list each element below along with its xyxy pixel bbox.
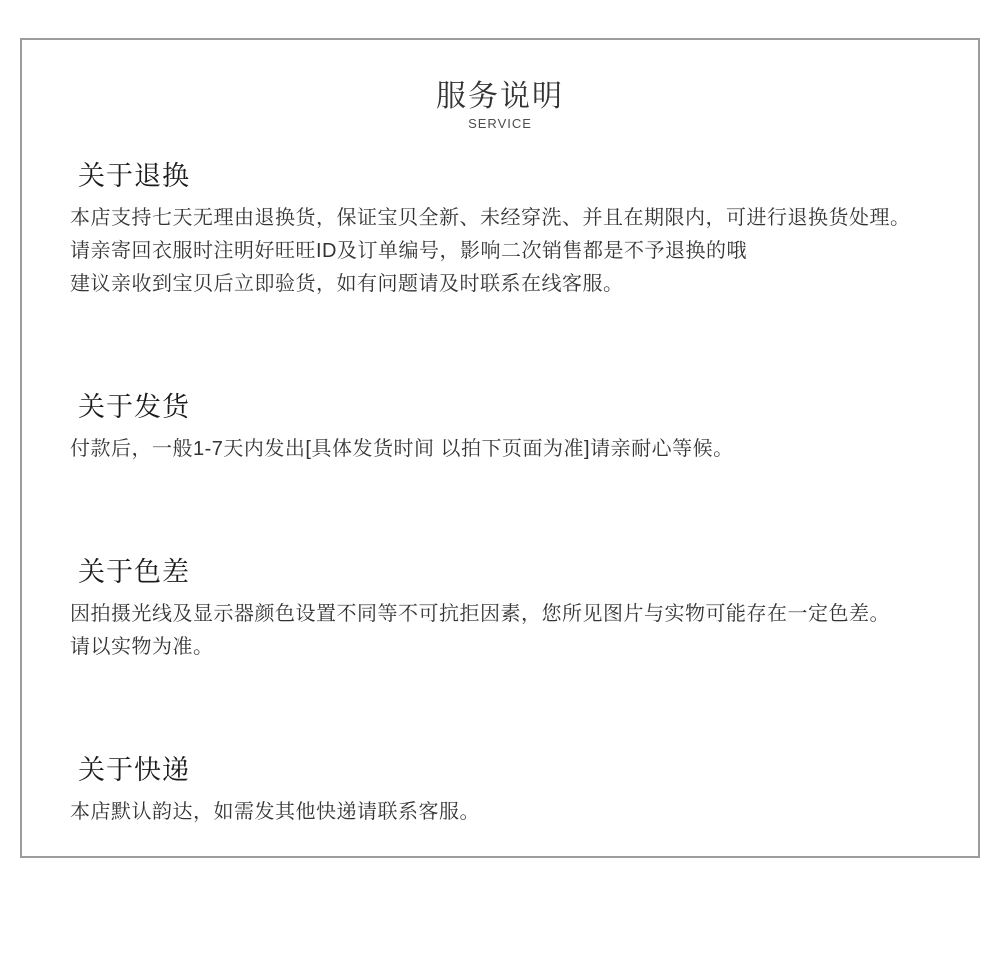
section-color-difference-line: 请以实物为准。: [70, 631, 938, 664]
section-shipping-body: 付款后，一般1-7天内发出[具体发货时间 以拍下页面为准]请亲耐心等候。: [70, 433, 938, 466]
section-color-difference: 关于色差 因拍摄光线及显示器颜色设置不同等不可抗拒因素，您所见图片与实物可能存在…: [22, 554, 978, 664]
section-express-heading: 关于快递: [78, 752, 938, 788]
section-color-difference-line: 因拍摄光线及显示器颜色设置不同等不可抗拒因素，您所见图片与实物可能存在一定色差。: [70, 598, 938, 631]
section-express-body: 本店默认韵达，如需发其他快递请联系客服。: [70, 796, 938, 829]
service-info-page: 服务说明 SERVICE 关于退换 本店支持七天无理由退换货，保证宝贝全新、未经…: [0, 0, 1000, 960]
section-returns-line: 本店支持七天无理由退换货，保证宝贝全新、未经穿洗、并且在期限内，可进行退换货处理…: [70, 202, 938, 235]
section-returns-body: 本店支持七天无理由退换货，保证宝贝全新、未经穿洗、并且在期限内，可进行退换货处理…: [70, 202, 938, 301]
section-returns: 关于退换 本店支持七天无理由退换货，保证宝贝全新、未经穿洗、并且在期限内，可进行…: [22, 158, 978, 301]
section-returns-line: 请亲寄回衣服时注明好旺旺ID及订单编号，影响二次销售都是不予退换的哦: [70, 235, 938, 268]
section-shipping-line: 付款后，一般1-7天内发出[具体发货时间 以拍下页面为准]请亲耐心等候。: [70, 433, 938, 466]
section-returns-heading: 关于退换: [78, 158, 938, 194]
page-subtitle: SERVICE: [22, 116, 978, 132]
section-express-line: 本店默认韵达，如需发其他快递请联系客服。: [70, 796, 938, 829]
section-color-difference-body: 因拍摄光线及显示器颜色设置不同等不可抗拒因素，您所见图片与实物可能存在一定色差。…: [70, 598, 938, 664]
panel-header: 服务说明 SERVICE: [22, 80, 978, 132]
service-panel: 服务说明 SERVICE 关于退换 本店支持七天无理由退换货，保证宝贝全新、未经…: [20, 38, 980, 858]
section-express: 关于快递 本店默认韵达，如需发其他快递请联系客服。: [22, 752, 978, 829]
section-color-difference-heading: 关于色差: [78, 554, 938, 590]
page-title: 服务说明: [22, 80, 978, 114]
section-shipping: 关于发货 付款后，一般1-7天内发出[具体发货时间 以拍下页面为准]请亲耐心等候…: [22, 389, 978, 466]
section-shipping-heading: 关于发货: [78, 389, 938, 425]
section-returns-line: 建议亲收到宝贝后立即验货，如有问题请及时联系在线客服。: [70, 268, 938, 301]
